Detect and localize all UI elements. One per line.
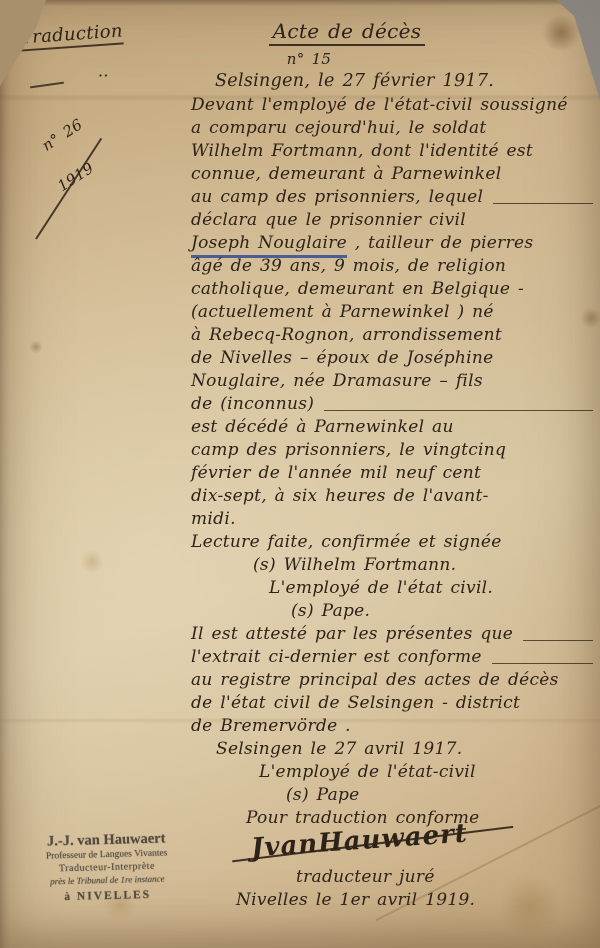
manuscript-line: déclara que le prisonnier civil	[191, 209, 595, 232]
document-page: Traduction ·· n° 26 1919 Acte de décès n…	[0, 0, 600, 948]
manuscript-line: au registre principal des actes de décès	[191, 669, 595, 692]
act-number: n° 15	[191, 48, 595, 70]
manuscript-line: février de l'année mil neuf cent	[191, 462, 595, 485]
manuscript-line: (s) Wilhelm Fortmann.	[191, 554, 595, 577]
pen-dash	[30, 82, 64, 89]
notary-stamp: J.-J. van Hauwaert Professeur de Langues…	[27, 830, 187, 906]
manuscript-line: à Rebecq-Rognon, arrondissement	[191, 324, 595, 347]
margin-file-number: n° 26	[39, 115, 86, 154]
manuscript-line: Wilhelm Fortmann, dont l'identité est	[191, 140, 595, 163]
stamp-city: à NIVELLES	[29, 886, 187, 906]
margin-slash-stroke	[35, 138, 102, 240]
manuscript-line: L'employé de l'état civil.	[191, 577, 595, 600]
manuscript-line: (s) Pape	[191, 784, 595, 807]
dateline: Selsingen, le 27 février 1917.	[191, 70, 595, 94]
pen-dots: ··	[98, 66, 109, 85]
manuscript-line: traducteur juré	[191, 866, 595, 889]
manuscript-line: Selsingen le 27 avril 1917.	[191, 738, 595, 761]
manuscript-line: connue, demeurant à Parnewinkel	[191, 163, 595, 186]
manuscript-line: l'extrait ci-dernier est conforme	[191, 646, 595, 669]
manuscript-line: camp des prisonniers, le vingtcinq	[191, 439, 595, 462]
inked-rule	[492, 663, 593, 664]
manuscript-line: dix-sept, à six heures de l'avant-	[191, 485, 595, 508]
manuscript-line: de Nivelles – époux de Joséphine	[191, 347, 595, 370]
manuscript-line: (s) Pape.	[191, 600, 595, 623]
deceased-name-line: Joseph Nouglaire , tailleur de pierres	[191, 232, 595, 255]
manuscript-line: L'employé de l'état-civil	[191, 761, 595, 784]
manuscript-line: âgé de 39 ans, 9 mois, de religion	[191, 255, 595, 278]
manuscript-line: Nivelles le 1er avril 1919.	[191, 889, 595, 912]
translator-signature: JvanHauwaert	[191, 830, 595, 866]
manuscript-line: midi.	[191, 508, 595, 531]
manuscript-line: de (inconnus)	[191, 393, 595, 416]
manuscript-line: au camp des prisonniers, lequel	[191, 186, 595, 209]
manuscript-line: (actuellement à Parnewinkel ) né	[191, 301, 595, 324]
manuscript-line: Nouglaire, née Dramasure – fils	[191, 370, 595, 393]
manuscript-line: Il est attesté par les présentes que	[191, 623, 595, 646]
inked-rule	[324, 410, 593, 411]
manuscript-line: de l'état civil de Selsingen - district	[191, 692, 595, 715]
manuscript-line: catholique, demeurant en Belgique -	[191, 278, 595, 301]
inked-rule	[523, 640, 593, 641]
manuscript-line: est décédé à Parnewinkel au	[191, 416, 595, 439]
manuscript-line: Lecture faite, confirmée et signée	[191, 531, 595, 554]
manuscript-column: Acte de décès n° 15 Selsingen, le 27 fév…	[191, 20, 595, 912]
photo-backdrop: { "photo": { "backdrop_color": "#8b8780"…	[0, 0, 600, 948]
manuscript-line: de Bremervörde .	[191, 715, 595, 738]
inked-rule	[493, 203, 593, 204]
manuscript-body: Devant l'employé de l'état-civil soussig…	[191, 94, 595, 912]
document-title: Acte de décès	[191, 20, 595, 48]
manuscript-line: a comparu cejourd'hui, le soldat	[191, 117, 595, 140]
manuscript-line: Devant l'employé de l'état-civil soussig…	[191, 94, 595, 117]
